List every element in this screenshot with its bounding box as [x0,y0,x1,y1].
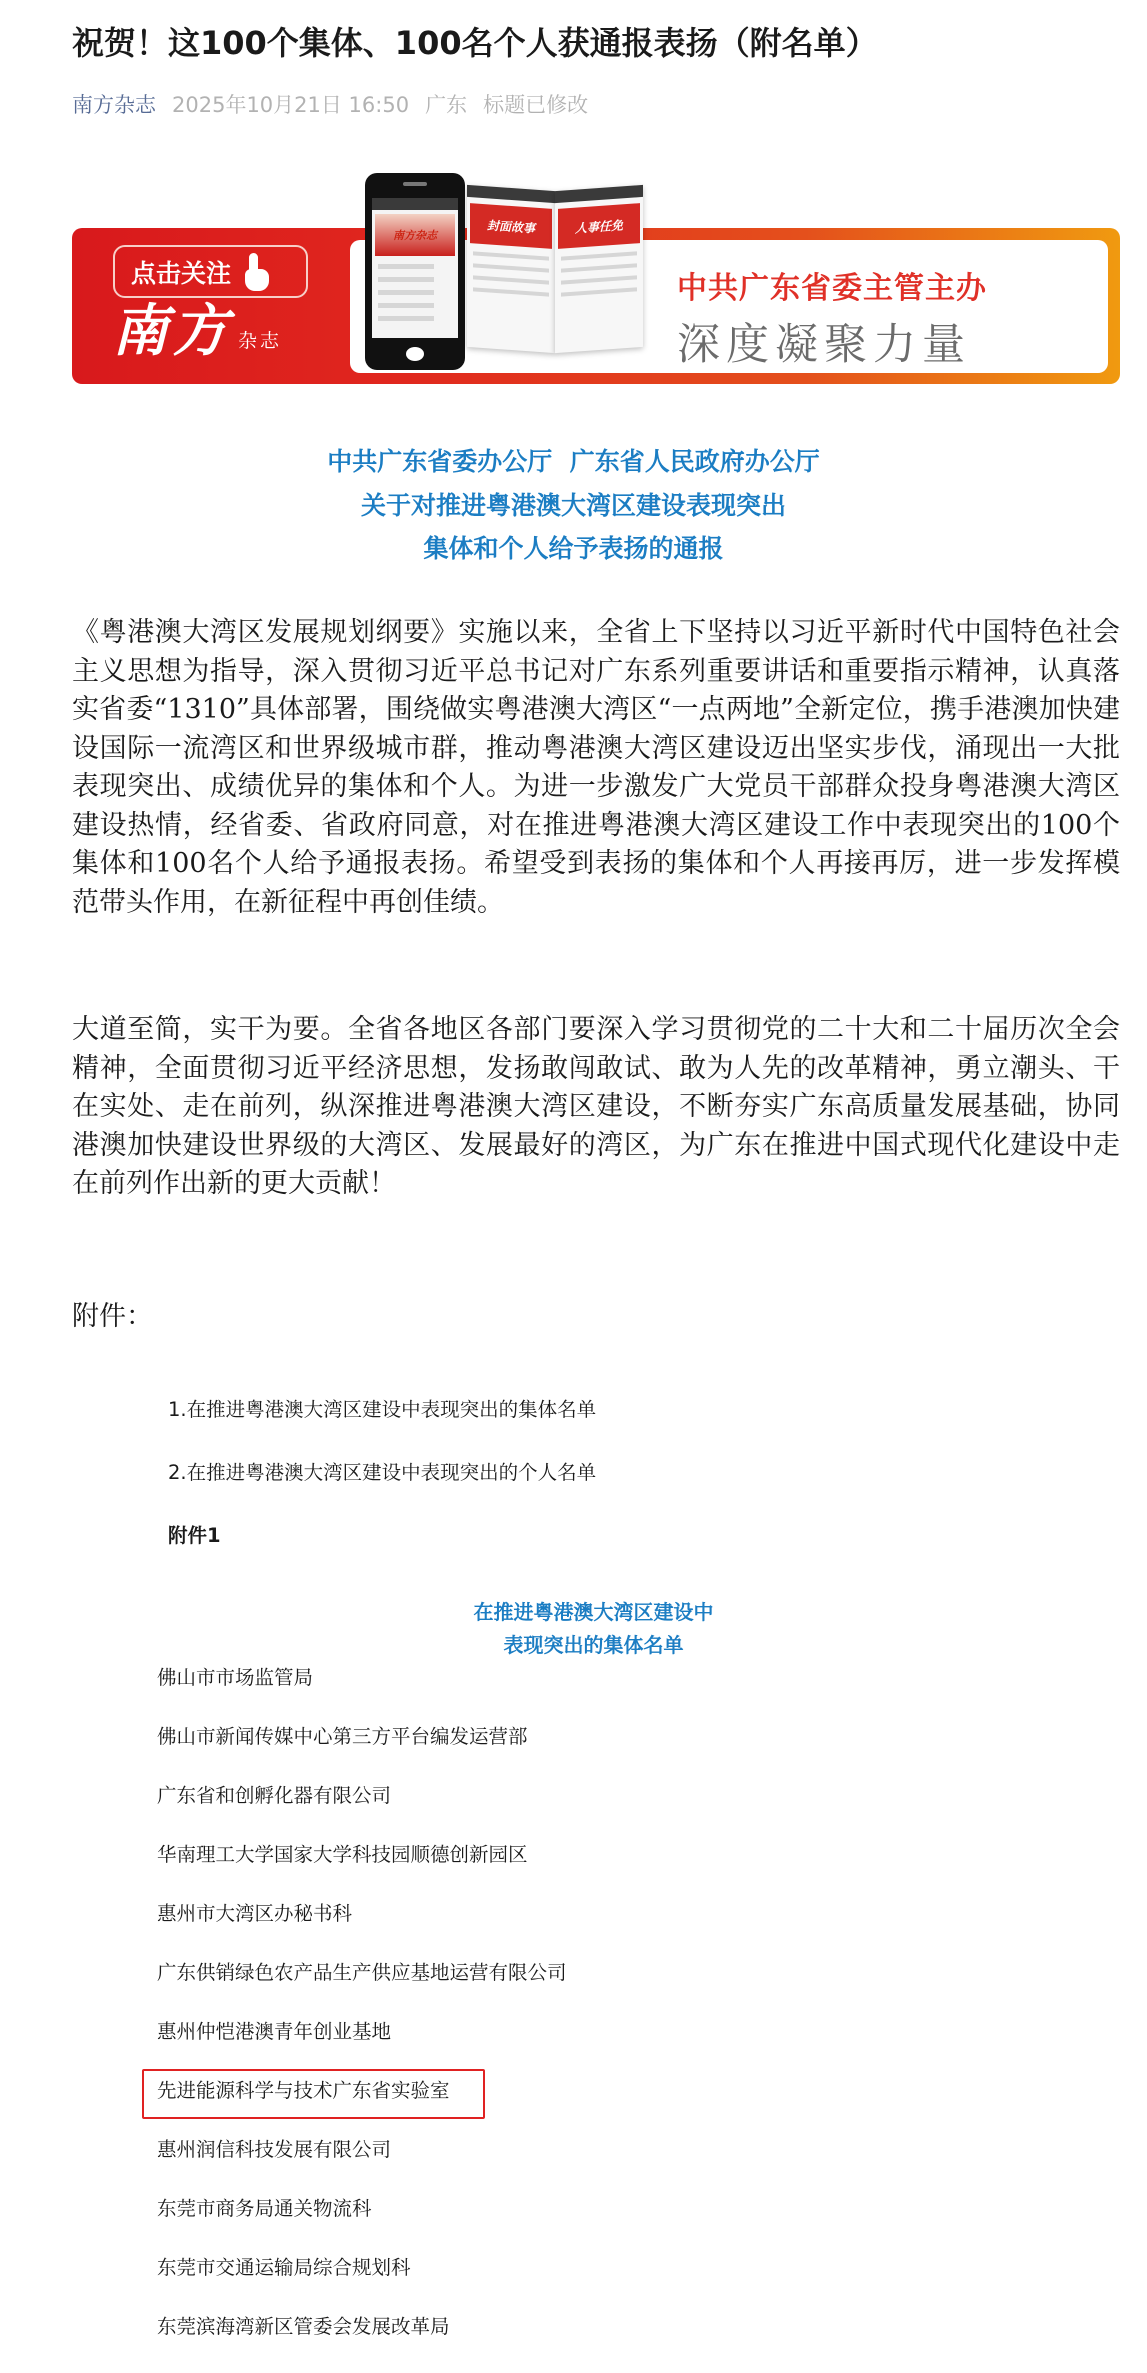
source-account-link[interactable]: 南方杂志 [72,89,156,119]
title-modified-note: 标题已修改 [483,89,588,119]
follow-button[interactable]: 点击关注 [113,245,308,298]
list-heading-line: 表现突出的集体名单 [40,1629,1147,1662]
slogan-line-1: 中共广东省委主管主办 [677,263,987,307]
notice-heading-line: 关于对推进粤港澳大湾区建设表现突出 [0,484,1147,528]
publish-location: 广东 [425,89,467,119]
list-item: 惠州市大湾区办秘书科 [157,1901,567,1960]
attachments-label: 附件： [72,1294,153,1333]
follow-label: 点击关注 [131,254,231,290]
list-item: 东莞滨海湾新区管委会发展改革局 [157,2314,567,2373]
attachment-item-1: 1.在推进粤港澳大湾区建设中表现突出的集体名单 [168,1394,596,1422]
notice-paragraph-1: 《粤港澳大湾区发展规划纲要》实施以来，全省上下坚持以习近平新时代中国特色社会主义… [72,614,1120,922]
app-page-preview-3: 人事任免 [555,185,643,353]
list-item: 广东省和创孵化器有限公司 [157,1783,567,1842]
slogan-line-2: 深度凝聚力量 [677,311,987,372]
collective-list: 佛山市市场监管局 佛山市新闻传媒中心第三方平台编发运营部 广东省和创孵化器有限公… [157,1665,567,2373]
attachment-1-label: 附件1 [168,1520,221,1548]
notice-heading-line: 集体和个人给予表扬的通报 [0,527,1147,571]
pointing-hand-icon [241,253,271,291]
article-title: 祝贺！这100个集体、100名个人获通报表扬（附名单） [72,18,878,64]
brand-logo: 南方 杂志 [112,303,282,359]
list-item: 惠州润信科技发展有限公司 [157,2137,567,2196]
brand-logo-small: 杂志 [238,326,282,359]
article-meta: 南方杂志 2025年10月21日 16:50 广东 标题已修改 [72,89,588,119]
list-item: 佛山市市场监管局 [157,1665,567,1724]
brand-logo-big: 南方 [112,303,232,359]
notice-heading-line: 中共广东省委办公厅 广东省人民政府办公厅 [0,440,1147,484]
banner-slogan: 中共广东省委主管主办 深度凝聚力量 [677,263,987,372]
list-item: 东莞市商务局通关物流科 [157,2196,567,2255]
list-item-highlighted: 先进能源科学与技术广东省实验室 [157,2078,567,2137]
notice-heading: 中共广东省委办公厅 广东省人民政府办公厅 关于对推进粤港澳大湾区建设表现突出 集… [0,440,1147,571]
list-item: 华南理工大学国家大学科技园顺德创新园区 [157,1842,567,1901]
list-item: 佛山市新闻传媒中心第三方平台编发运营部 [157,1724,567,1783]
collective-list-heading: 在推进粤港澳大湾区建设中 表现突出的集体名单 [0,1596,1147,1662]
list-heading-line: 在推进粤港澳大湾区建设中 [40,1596,1147,1629]
publish-datetime: 2025年10月21日 16:50 [172,89,409,119]
list-item: 东莞市交通运输局综合规划科 [157,2255,567,2314]
attachment-item-2: 2.在推进粤港澳大湾区建设中表现突出的个人名单 [168,1457,596,1485]
app-page-preview-2: 封面故事 [467,185,555,353]
phone-mockup-icon: 南方杂志 [365,173,465,370]
follow-banner[interactable]: 点击关注 南方 杂志 封面故事 人事任免 南方杂志 中共广东省委主管主办 深度凝… [72,228,1120,384]
notice-paragraph-2: 大道至简，实干为要。全省各地区各部门要深入学习贯彻党的二十大和二十届历次全会精神… [72,1011,1120,1204]
list-item: 广东供销绿色农产品生产供应基地运营有限公司 [157,1960,567,2019]
